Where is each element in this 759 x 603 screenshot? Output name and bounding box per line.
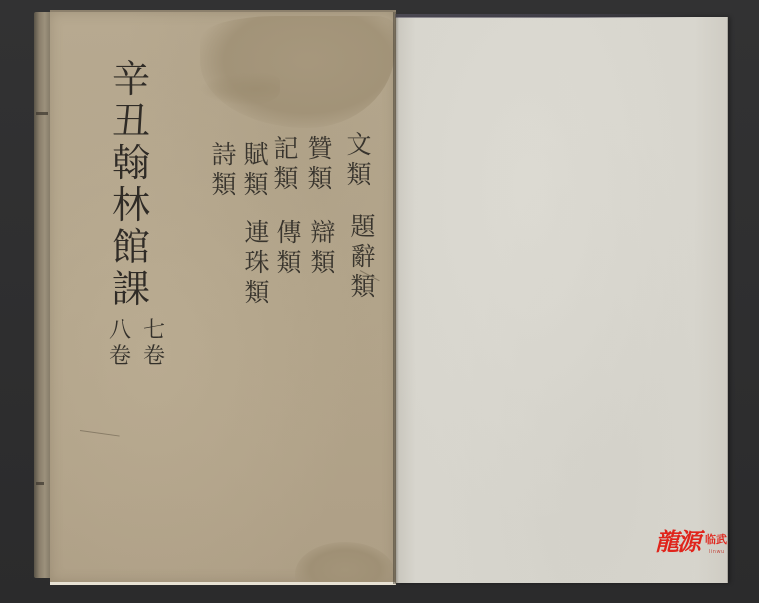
category-zan: 贊 類 (303, 134, 337, 194)
gutter-shadow (393, 12, 399, 584)
category-char: 類 (243, 170, 268, 200)
book-title: 辛 丑 翰 林 館 課 (106, 58, 156, 310)
category-char: 記 (273, 134, 298, 164)
category-char: 辭 (350, 242, 375, 272)
category-char: 類 (350, 272, 375, 302)
scan-viewer: 辛 丑 翰 林 館 課 七 卷 八 卷 文 類 (0, 0, 759, 603)
category-wen: 文 類 (342, 130, 376, 190)
category-char: 傳 (276, 218, 301, 248)
category-char: 類 (276, 248, 301, 278)
category-char: 辯 (310, 218, 335, 248)
category-char: 珠 (244, 248, 269, 278)
watermark-side-text: 临武 (705, 534, 727, 546)
category-char: 贊 (307, 134, 332, 164)
category-char: 類 (346, 160, 371, 190)
volume-char: 卷 (109, 344, 131, 370)
category-zhuan: 傳 類 (272, 218, 306, 278)
watermark-sub-text: linwu (709, 549, 725, 555)
category-ji: 記 類 (269, 134, 303, 194)
water-stain-bottom (295, 542, 395, 582)
volume-note-7: 七 卷 (138, 318, 170, 370)
category-char: 文 (346, 130, 371, 160)
category-char: 類 (310, 248, 335, 278)
category-char: 詩 (211, 140, 236, 170)
volume-char: 八 (109, 318, 131, 344)
volume-notes: 七 卷 八 卷 (100, 318, 170, 370)
left-page-block: 辛 丑 翰 林 館 課 七 卷 八 卷 文 類 (34, 10, 396, 582)
paper-crease (80, 430, 120, 437)
title-char: 丑 (106, 100, 156, 142)
spine-mark (36, 482, 44, 485)
watermark-logo: 龍源 临武 linwu (655, 528, 735, 562)
page-top-shadow (395, 14, 695, 18)
category-fu: 賦 類 (239, 140, 273, 200)
water-stain-edge (200, 72, 280, 106)
cover-page: 辛 丑 翰 林 館 課 七 卷 八 卷 文 類 (50, 10, 396, 585)
title-char: 林 (106, 184, 156, 226)
category-char: 類 (211, 170, 236, 200)
spine-mark (36, 112, 48, 115)
blank-right-page (396, 17, 728, 583)
title-char: 辛 (106, 58, 156, 100)
watermark-main-text: 龍源 (655, 528, 699, 556)
volume-note-8: 八 卷 (104, 318, 136, 370)
category-char: 類 (273, 164, 298, 194)
category-bian: 辯 類 (306, 218, 340, 278)
category-char: 賦 (243, 140, 268, 170)
category-char: 題 (350, 212, 375, 242)
title-char: 翰 (106, 142, 156, 184)
category-char: 類 (244, 278, 269, 308)
category-lianzhu: 連 珠 類 (240, 218, 274, 308)
volume-char: 卷 (143, 344, 165, 370)
category-char: 連 (244, 218, 269, 248)
category-shi: 詩 類 (207, 140, 241, 200)
category-char: 類 (307, 164, 332, 194)
volume-char: 七 (143, 318, 165, 344)
category-tici: 題 辭 類 (346, 212, 380, 302)
title-char: 館 (106, 226, 156, 268)
title-char: 課 (106, 268, 156, 310)
